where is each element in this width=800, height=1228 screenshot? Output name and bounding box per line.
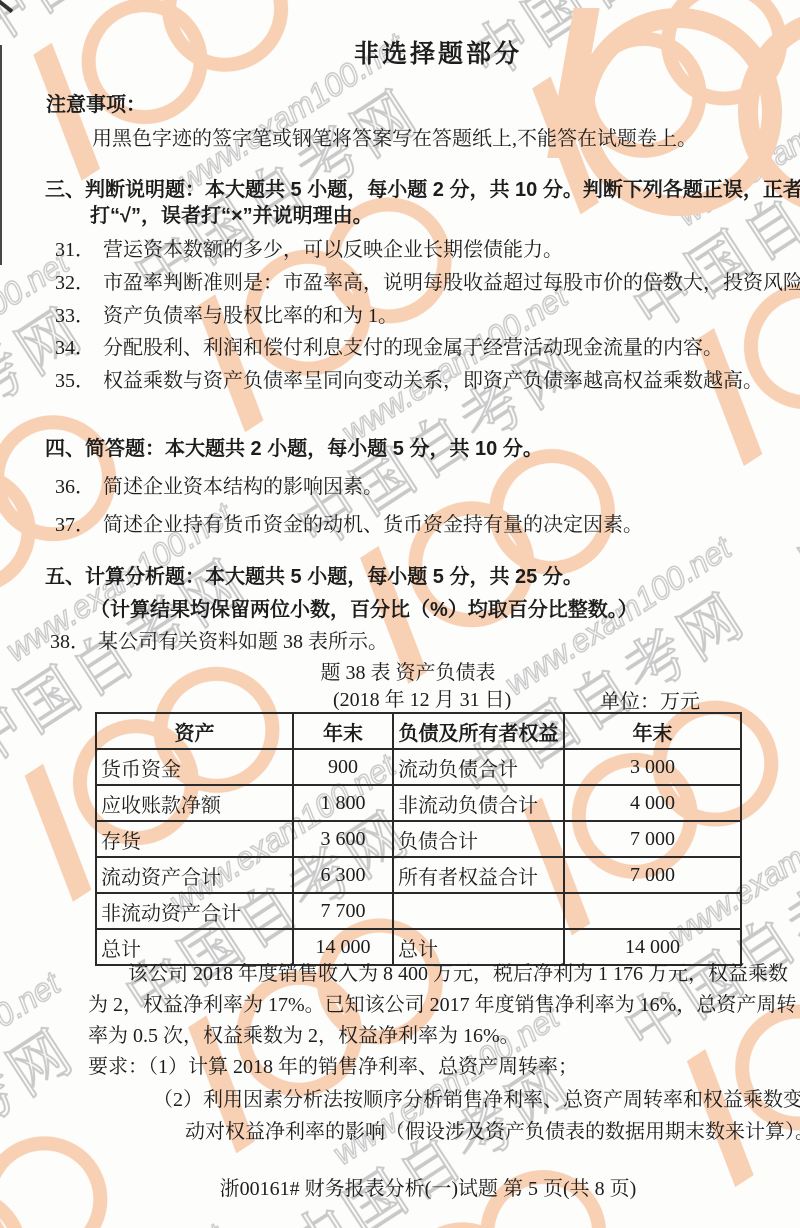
col-header-assets: 资产	[96, 713, 293, 749]
table-row: 流动资产合计 6 300 所有者权益合计 7 000	[96, 857, 741, 893]
section4-heading: 四、简答题：本大题共 2 小题，每小题 5 分，共 10 分。	[45, 437, 543, 461]
table-row: 应收账款净额 1 800 非流动负债合计 4 000	[96, 785, 741, 821]
col-header-yearend-1: 年末	[293, 713, 393, 749]
cell-liability-label: 总计	[393, 929, 564, 965]
notice-text: 用黑色字迹的签字笔或钢笔将答案写在答题纸上,不能答在试题卷上。	[92, 127, 697, 151]
cell-liability-value: 3 000	[564, 749, 741, 785]
exam-content: 非选择题部分 注意事项： 用黑色字迹的签字笔或钢笔将答案写在答题纸上,不能答在试…	[0, 0, 800, 1228]
question-32: 32．市盈率判断准则是：市盈率高，说明每股收益超过每股市价的倍数大，投资风险低。	[55, 271, 800, 295]
question-32-text: 市盈率判断准则是：市盈率高，说明每股收益超过每股市价的倍数大，投资风险低。	[103, 272, 800, 294]
question-31: 31．营运资本数额的多少，可以反映企业长期偿债能力。	[55, 238, 563, 262]
question-36-number: 36．	[55, 476, 95, 498]
question-31-number: 31．	[55, 239, 95, 261]
q38-requirement-2-line1: （2）利用因素分析法按顺序分析销售净利率、总资产周转率和权益乘数变	[153, 1088, 800, 1112]
cell-asset-value: 900	[293, 749, 393, 785]
cell-asset-label: 非流动资产合计	[96, 893, 293, 929]
table38-unit: 单位：万元	[600, 690, 700, 714]
question-34: 34．分配股利、利润和偿付利息支付的现金属于经营活动现金流量的内容。	[55, 336, 723, 360]
question-35: 35．权益乘数与资产负债率呈同向变动关系，即资产负债率越高权益乘数越高。	[55, 369, 763, 393]
question-38-text: 某公司有关资料如题 38 表所示。	[98, 631, 388, 653]
q38-paragraph-line1: 该公司 2018 年度销售收入为 8 400 万元，税后净利为 1 176 万元…	[128, 962, 788, 986]
cell-liability-label: 负债合计	[393, 821, 564, 857]
table38-caption: 题 38 表 资产负债表	[0, 656, 800, 685]
q38-requirement-1: 要求：（1）计算 2018 年的销售净利率、总资产周转率；	[88, 1055, 578, 1079]
cell-asset-value: 1 800	[293, 785, 393, 821]
col-header-yearend-2: 年末	[564, 713, 741, 749]
section5-note: （计算结果均保留两位小数，百分比（%）均取百分比整数。）	[90, 598, 638, 622]
cell-asset-label: 流动资产合计	[96, 857, 293, 893]
question-34-number: 34．	[55, 337, 95, 359]
question-32-number: 32．	[55, 272, 95, 294]
cell-liability-label: 非流动负债合计	[393, 785, 564, 821]
table-row: 存货 3 600 负债合计 7 000	[96, 821, 741, 857]
cell-asset-value: 6 300	[293, 857, 393, 893]
section5-heading: 五、计算分析题：本大题共 5 小题，每小题 5 分，共 25 分。	[45, 565, 583, 589]
cell-asset-label: 存货	[96, 821, 293, 857]
section3-heading-line1: 三、判断说明题：本大题共 5 小题，每小题 2 分，共 10 分。判断下列各题正…	[45, 178, 800, 202]
q38-requirement-2-line2: 动对权益净利率的影响（假设涉及资产负债表的数据用期末数来计算）。	[185, 1120, 800, 1144]
cell-asset-label: 货币资金	[96, 749, 293, 785]
notice-label: 注意事项：	[46, 93, 146, 117]
cell-liability-value	[564, 893, 741, 929]
scanned-exam-page: { "page": { "title": "非选择题部分", "notice_l…	[0, 0, 800, 1228]
cell-liability-value: 14 000	[564, 929, 741, 965]
cell-asset-label: 总计	[96, 929, 293, 965]
question-34-text: 分配股利、利润和偿付利息支付的现金属于经营活动现金流量的内容。	[103, 337, 723, 359]
table38-date: (2018 年 12 月 31 日)	[333, 688, 511, 712]
question-38-number: 38．	[50, 631, 90, 653]
table-row: 非流动资产合计 7 700	[96, 893, 741, 929]
cell-liability-label	[393, 893, 564, 929]
cell-asset-value: 7 700	[293, 893, 393, 929]
question-38: 38．某公司有关资料如题 38 表所示。	[50, 630, 388, 654]
question-36-text: 简述企业资本结构的影响因素。	[103, 476, 383, 498]
cell-asset-label: 应收账款净额	[96, 785, 293, 821]
question-37-text: 简述企业持有货币资金的动机、货币资金持有量的决定因素。	[103, 514, 643, 536]
question-36: 36．简述企业资本结构的影响因素。	[55, 475, 383, 499]
question-35-text: 权益乘数与资产负债率呈同向变动关系，即资产负债率越高权益乘数越高。	[103, 370, 763, 392]
q38-paragraph-line3: 率为 0.5 次，权益乘数为 2，权益净利率为 16%。	[88, 1024, 520, 1048]
page-title: 非选择题部分	[0, 34, 800, 70]
cell-liability-value: 4 000	[564, 785, 741, 821]
col-header-liabilities-equity: 负债及所有者权益	[393, 713, 564, 749]
question-37-number: 37．	[55, 514, 95, 536]
question-33: 33．资产负债率与股权比率的和为 1。	[55, 304, 398, 328]
question-35-number: 35．	[55, 370, 95, 392]
cell-asset-value: 14 000	[293, 929, 393, 965]
cell-liability-value: 7 000	[564, 821, 741, 857]
cell-liability-value: 7 000	[564, 857, 741, 893]
table-row: 货币资金 900 流动负债合计 3 000	[96, 749, 741, 785]
q38-paragraph-line2: 为 2，权益净利率为 17%。已知该公司 2017 年度销售净利率为 16%，总…	[88, 993, 796, 1017]
table-header-row: 资产 年末 负债及所有者权益 年末	[96, 713, 741, 749]
section3-heading-line2: 打“√”，误者打“×”并说明理由。	[90, 204, 373, 228]
page-footer: 浙00161# 财务报表分析(一)试题 第 5 页(共 8 页)	[0, 1172, 800, 1201]
question-33-text: 资产负债率与股权比率的和为 1。	[103, 305, 398, 327]
cell-liability-label: 所有者权益合计	[393, 857, 564, 893]
scan-edge-line	[0, 45, 2, 265]
cell-asset-value: 3 600	[293, 821, 393, 857]
cell-liability-label: 流动负债合计	[393, 749, 564, 785]
question-33-number: 33．	[55, 305, 95, 327]
balance-sheet-table: 资产 年末 负债及所有者权益 年末 货币资金 900 流动负债合计 3 000 …	[95, 712, 742, 966]
table-row: 总计 14 000 总计 14 000	[96, 929, 741, 965]
question-37: 37．简述企业持有货币资金的动机、货币资金持有量的决定因素。	[55, 513, 643, 537]
question-31-text: 营运资本数额的多少，可以反映企业长期偿债能力。	[103, 239, 563, 261]
